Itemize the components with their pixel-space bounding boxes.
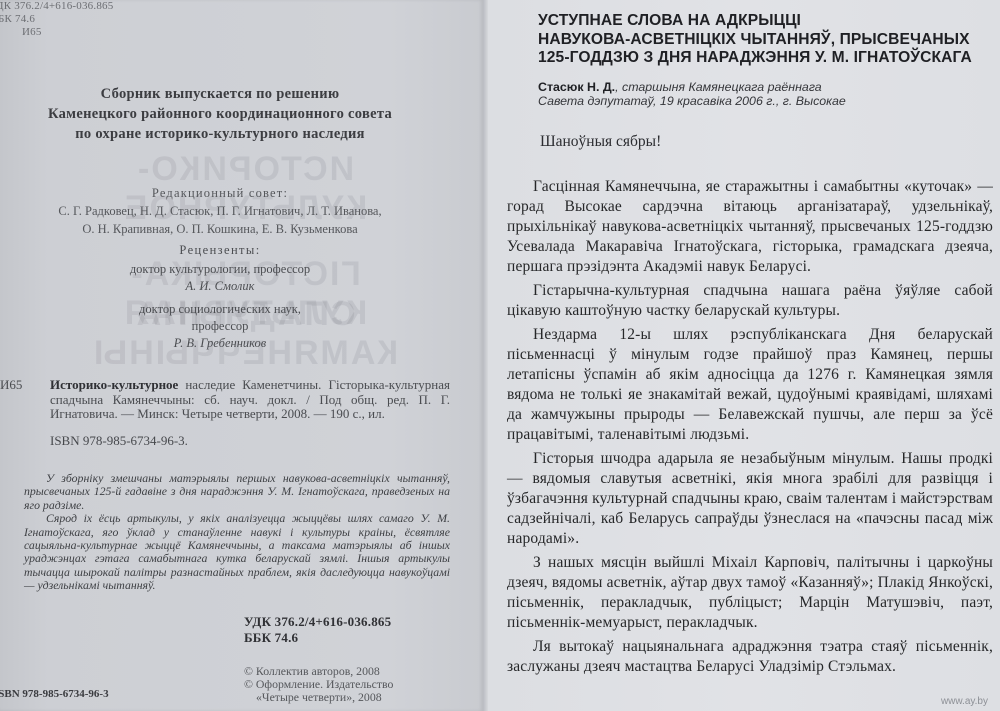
annotation-paragraph: Сярод іх ёсць артыкулы, у якіх аналізуец… bbox=[24, 512, 450, 592]
reviewers: Рецензенты: доктор культурологии, профес… bbox=[20, 242, 420, 358]
body-paragraph: Гісторыя шчодра адарыла яе незабыўным мі… bbox=[507, 449, 993, 549]
catalog-codes: ДК 376.2/4+616-036.865 БК 74.6 И65 bbox=[0, 0, 113, 39]
author-role: , старшыня Камянецкага раённага bbox=[615, 80, 822, 94]
editorial-board: Редакционный совет: С. Г. Радковец, Н. Д… bbox=[20, 184, 420, 238]
bib-title: Историко-культурное bbox=[50, 377, 178, 392]
bibliographic-record: И65 Историко-культурное наследие Каменет… bbox=[0, 378, 450, 448]
bbk-top: БК 74.6 bbox=[0, 13, 113, 26]
greeting: Шаноўныя сябры! bbox=[540, 133, 661, 151]
udk-code: УДК 376.2/4+616-036.865 bbox=[244, 614, 391, 630]
author-role: Савета дэпутатаў, 19 красавіка 2006 г., … bbox=[538, 94, 978, 108]
bib-isbn: ISBN 978-985-6734-96-3. bbox=[50, 434, 450, 449]
classification-codes: УДК 376.2/4+616-036.865 ББК 74.6 bbox=[244, 614, 391, 646]
notice-line: Сборник выпускается по решению bbox=[20, 84, 420, 104]
article-author: Стасюк Н. Д., старшыня Камянецкага раённ… bbox=[538, 80, 978, 108]
reviewers-label: Рецензенты: bbox=[20, 242, 420, 259]
body-paragraph: Гістарычна-культурная спадчына нашага ра… bbox=[507, 281, 993, 321]
editorial-board-members: С. Г. Радковец, Н. Д. Стасюк, П. Г. Игна… bbox=[20, 202, 420, 220]
body-paragraph: З нашых мясцін выйшлі Міхаіл Карповіч, п… bbox=[507, 553, 993, 633]
title-line: НАВУКОВА-АСВЕТНІЦКІХ ЧЫТАННЯЎ, ПРЫСВЕЧАН… bbox=[538, 31, 978, 50]
author-name: Стасюк Н. Д. bbox=[538, 80, 615, 94]
author-mark-top: И65 bbox=[22, 26, 113, 39]
title-line: 125-ГОДДЗЮ З ДНЯ НАРАДЖЭННЯ У. М. ІГНАТО… bbox=[538, 49, 978, 68]
copyright-line: «Четыре четверти», 2008 bbox=[244, 691, 393, 704]
article-body: Гасцінная Камянеччына, яе старажытны і с… bbox=[507, 177, 993, 681]
copyright-block: © Коллектив авторов, 2008 © Оформление. … bbox=[244, 665, 393, 704]
bib-code: И65 bbox=[0, 378, 40, 393]
udk-top: ДК 376.2/4+616-036.865 bbox=[0, 0, 113, 13]
annotation-paragraph: У зборніку змешчаны матэрыялы першых нав… bbox=[24, 472, 450, 512]
notice-line: Каменецкого районного координационного с… bbox=[20, 104, 420, 124]
bbk-code: ББК 74.6 bbox=[244, 630, 391, 646]
reviewer-title: доктор культурологии, профессор bbox=[20, 261, 420, 278]
notice-line: по охране историко-культурного наследия bbox=[20, 124, 420, 144]
body-paragraph: Нездарма 12-ы шлях рэспубліканскага Дня … bbox=[507, 325, 993, 445]
reviewer-title: доктор социологических наук, bbox=[20, 301, 420, 318]
body-paragraph: Ля вытокаў нацыянальнага адраджэння тэат… bbox=[507, 637, 993, 677]
reviewer-name: А. И. Смолик bbox=[20, 278, 420, 295]
bib-description: Историко-культурное наследие Каменетчины… bbox=[50, 378, 450, 422]
right-page: УСТУПНАЕ СЛОВА НА АДКРЫЦЦІ НАВУКОВА-АСВЕ… bbox=[488, 0, 1000, 711]
body-paragraph: Гасцінная Камянеччына, яе старажытны і с… bbox=[507, 177, 993, 277]
publication-notice: Сборник выпускается по решению Каменецко… bbox=[20, 84, 420, 144]
watermark: www.ay.by bbox=[941, 696, 988, 707]
editorial-board-label: Редакционный совет: bbox=[20, 184, 420, 202]
article-title: УСТУПНАЕ СЛОВА НА АДКРЫЦЦІ НАВУКОВА-АСВЕ… bbox=[538, 12, 978, 68]
isbn-bottom: ISBN 978-985-6734-96-3 bbox=[0, 688, 109, 700]
left-page: ИСТОРИКО-КУЛЬТУРНОЕ ГІСТОРЫКА-КУЛЬТУРНАЯ… bbox=[0, 0, 483, 711]
annotation: У зборніку змешчаны матэрыялы першых нав… bbox=[24, 472, 450, 593]
reviewer-name: Р. В. Гребенников bbox=[20, 335, 420, 352]
editorial-board-members: О. Н. Крапивная, О. П. Кошкина, Е. В. Ку… bbox=[20, 220, 420, 238]
reviewer-title: профессор bbox=[20, 318, 420, 335]
title-line: УСТУПНАЕ СЛОВА НА АДКРЫЦЦІ bbox=[538, 12, 978, 31]
